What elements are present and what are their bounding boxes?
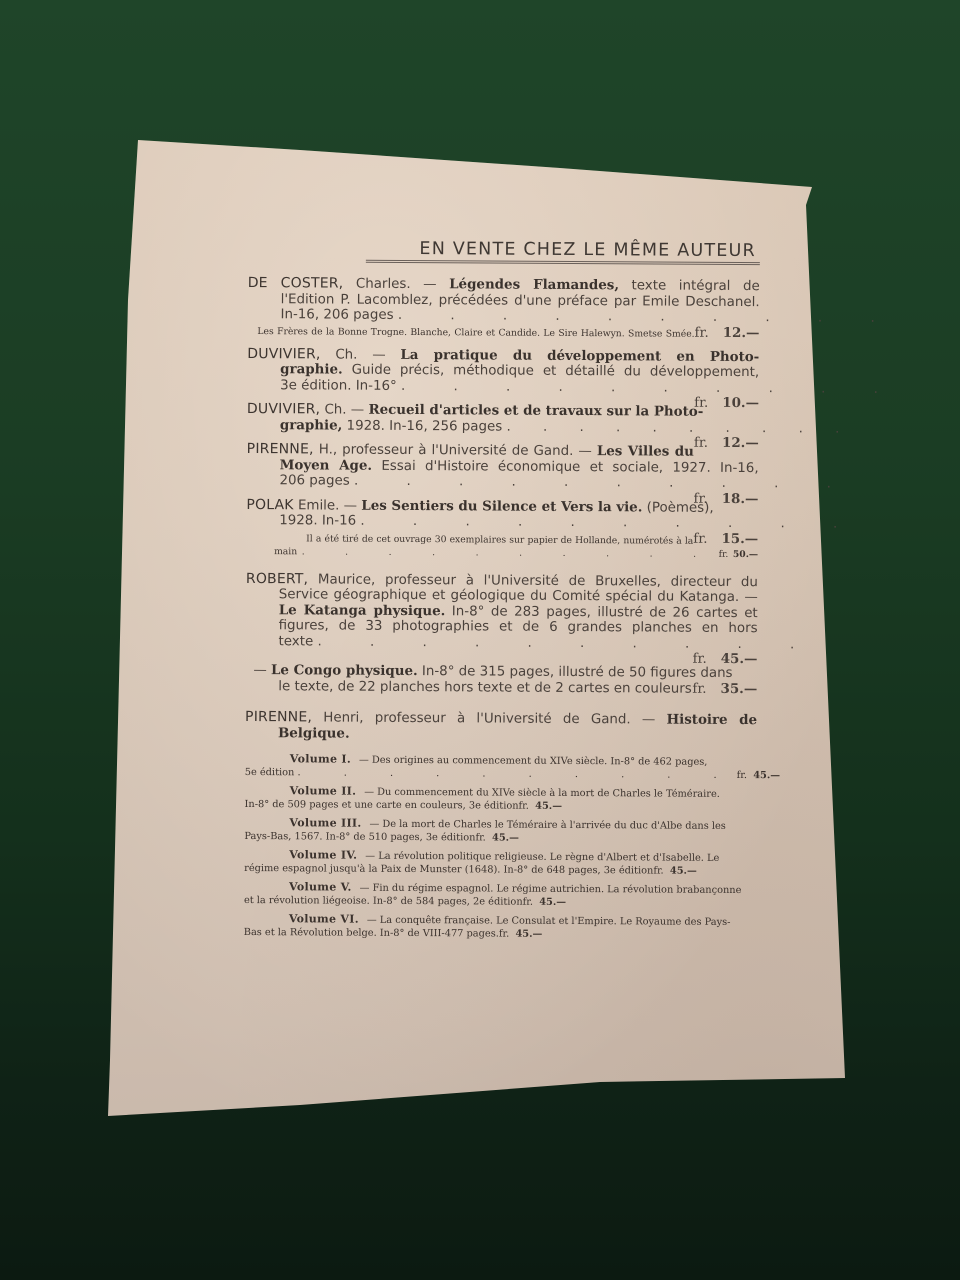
volume-description: — De la mort de Charles le Téméraire à l… <box>369 819 725 832</box>
entry-description: Essai d'Histoire économique et sociale, … <box>372 458 759 475</box>
volume-description: — Des origines au commencement du XIVe s… <box>359 755 707 768</box>
catalog-entry-robert-katanga: ROBERT, Maurice, professeur à l'Universi… <box>245 571 757 652</box>
entry-format: 1928. In-16, 256 pages <box>342 418 502 434</box>
entry-format: 3e édition. In-16° <box>280 378 397 394</box>
leader-dots: . . . . . . . . . . <box>398 308 897 326</box>
volume-price: fr. 45.— <box>653 865 697 876</box>
entry-author-detail: Henri, professeur à l'Université de Gand… <box>312 710 667 727</box>
volume-item: Volume II.— Du commencement du XIVe sièc… <box>244 785 750 814</box>
leader-dots: . . . . . . . . . . <box>506 419 853 436</box>
entry-title: Histoire de <box>666 712 757 729</box>
volume-name: Volume III. <box>289 816 361 829</box>
entry-title: Légendes Flamandes, <box>449 276 619 293</box>
catalog-entry-pirenne-villes: PIRENNE, H., professeur à l'Université d… <box>246 442 758 492</box>
entry-author-detail: Ch. — <box>320 402 368 417</box>
leader-dots: . . . . . . . . . . <box>401 378 900 396</box>
catalog-entry-pirenne-histoire: PIRENNE, Henri, professeur à l'Universit… <box>245 710 757 744</box>
volume-edition: régime espagnol jusqu'à la Paix de Munst… <box>244 862 653 875</box>
entry-title: Les Sentiers du Silence et Vers la vie. <box>361 497 642 515</box>
entry-dash: — <box>253 663 271 678</box>
entry-note: Les Frères de la Bonne Trogne. Blanche, … <box>257 325 759 341</box>
entry-price: fr.35.— <box>692 681 757 697</box>
volume-price: fr. 45.— <box>475 832 519 843</box>
entry-title: Le Katanga physique. <box>279 602 446 619</box>
entry-author: PIRENNE, <box>245 709 312 725</box>
note-price: fr. 50.— <box>719 548 759 559</box>
catalog-entry-de-coster: DE COSTER, Charles. — Légendes Flamandes… <box>247 276 759 341</box>
volume-name: Volume I. <box>290 752 351 765</box>
entry-title-cont: graphie, <box>280 417 343 433</box>
entry-price: fr.15.— <box>693 531 758 547</box>
entry-author: ROBERT, <box>246 570 308 586</box>
entry-title-cont: Moyen Age. <box>280 457 373 474</box>
entry-format: In-16, 206 pages <box>280 307 393 323</box>
volume-edition: 5e édition <box>245 766 295 777</box>
leader-dots: . . . . . . . . . . <box>354 474 853 492</box>
entry-description: In-8° de 315 pages, illustré de 50 figur… <box>418 664 733 681</box>
volume-name: Volume VI. <box>289 912 359 925</box>
entry-note-cont: main <box>274 546 297 557</box>
catalog-entry-duvivier-2: DUVIVIER, Ch. — Recueil d'articles et de… <box>247 402 759 436</box>
entry-author-detail: Emile. — <box>294 498 362 513</box>
entry-price: fr.12.— <box>695 325 760 341</box>
entry-author: DUVIVIER, <box>247 345 320 361</box>
leader-dots: . . . . . . . . . . <box>360 514 859 532</box>
entry-price: fr.10.— <box>694 396 759 412</box>
entry-description: In-8° de 283 pages, illustré de 26 carte… <box>445 604 758 621</box>
entry-author: PIRENNE, <box>247 441 314 457</box>
entry-author: DE COSTER, <box>248 275 344 292</box>
volume-price: fr. 45.— <box>523 896 567 907</box>
entry-format: 206 pages <box>279 473 349 488</box>
volume-name: Volume II. <box>290 784 357 797</box>
entry-title: Recueil d'articles et de travaux sur la … <box>368 402 703 420</box>
catalog-page: EN VENTE CHEZ LE MÊME AUTEUR DE COSTER, … <box>244 238 760 948</box>
volume-edition: In-8° de 509 pages et une carte en coule… <box>245 798 519 811</box>
volume-item: Volume VI.— La conquête française. Le Co… <box>244 913 750 942</box>
entry-format: texte <box>278 634 313 649</box>
entry-title: La pratique du développement en Photo- <box>400 346 759 364</box>
volume-list: Volume I.— Des origines au commencement … <box>244 753 757 942</box>
volume-item: Volume III.— De la mort de Charles le Té… <box>244 817 750 846</box>
catalog-entry-robert-congo: — Le Congo physique. In-8° de 315 pages,… <box>245 663 757 697</box>
volume-item: Volume IV.— La révolution politique reli… <box>244 849 750 878</box>
entry-format: le texte, de 22 planches hors texte et d… <box>278 679 692 697</box>
volume-description: — La révolution politique religieuse. Le… <box>365 851 719 864</box>
entry-author: POLAK <box>246 496 293 512</box>
entry-author-detail: Charles. — <box>343 277 449 293</box>
entry-author-detail: Ch. — <box>321 347 401 362</box>
entry-description: (Poèmes), <box>642 500 713 515</box>
volume-name: Volume V. <box>289 880 352 893</box>
catalog-entry-duvivier-1: DUVIVIER, Ch. — La pratique du développe… <box>247 346 759 396</box>
volume-name: Volume IV. <box>289 848 357 861</box>
entry-author: DUVIVIER, <box>247 401 320 417</box>
entry-title: Les Villes du <box>597 443 694 460</box>
volume-item: Volume I.— Des origines au commencement … <box>245 753 751 782</box>
volume-description: — Du commencement du XIVe siècle à la mo… <box>364 787 720 800</box>
entry-title-cont: Belgique. <box>278 725 350 741</box>
volume-description: — Fin du régime espagnol. Le régime autr… <box>360 883 742 896</box>
entry-format: 1928. In-16 <box>279 513 356 528</box>
entry-price: fr.12.— <box>694 436 759 452</box>
leader-dots: . . . . . . . . . . <box>297 767 736 781</box>
volume-price: fr. 45.— <box>519 800 563 811</box>
catalog-entry-polak: POLAK Emile. — Les Sentiers du Silence e… <box>246 497 758 560</box>
leader-dots: . . . . . . . . . . <box>317 634 816 652</box>
volume-price: fr. 45.— <box>737 769 781 780</box>
volume-price: fr. 45.— <box>499 928 543 939</box>
volume-edition: et la révolution liégeoise. In-8° de 584… <box>244 894 523 907</box>
volume-edition: Bas et la Révolution belge. In-8° de VII… <box>244 926 499 939</box>
leader-dots: . . . . . . . . . . <box>302 546 714 560</box>
entry-description: texte intégral de <box>619 278 760 294</box>
volume-description: — La conquête française. Le Consulat et … <box>367 915 731 928</box>
volume-edition: Pays-Bas, 1567. In-8° de 510 pages, 3e é… <box>244 830 475 842</box>
entry-title-cont: graphie. <box>280 361 343 377</box>
volume-item: Volume V.— Fin du régime espagnol. Le ré… <box>244 881 750 910</box>
entry-title: Le Congo physique. <box>271 662 418 679</box>
page-heading: EN VENTE CHEZ LE MÊME AUTEUR <box>366 239 760 265</box>
